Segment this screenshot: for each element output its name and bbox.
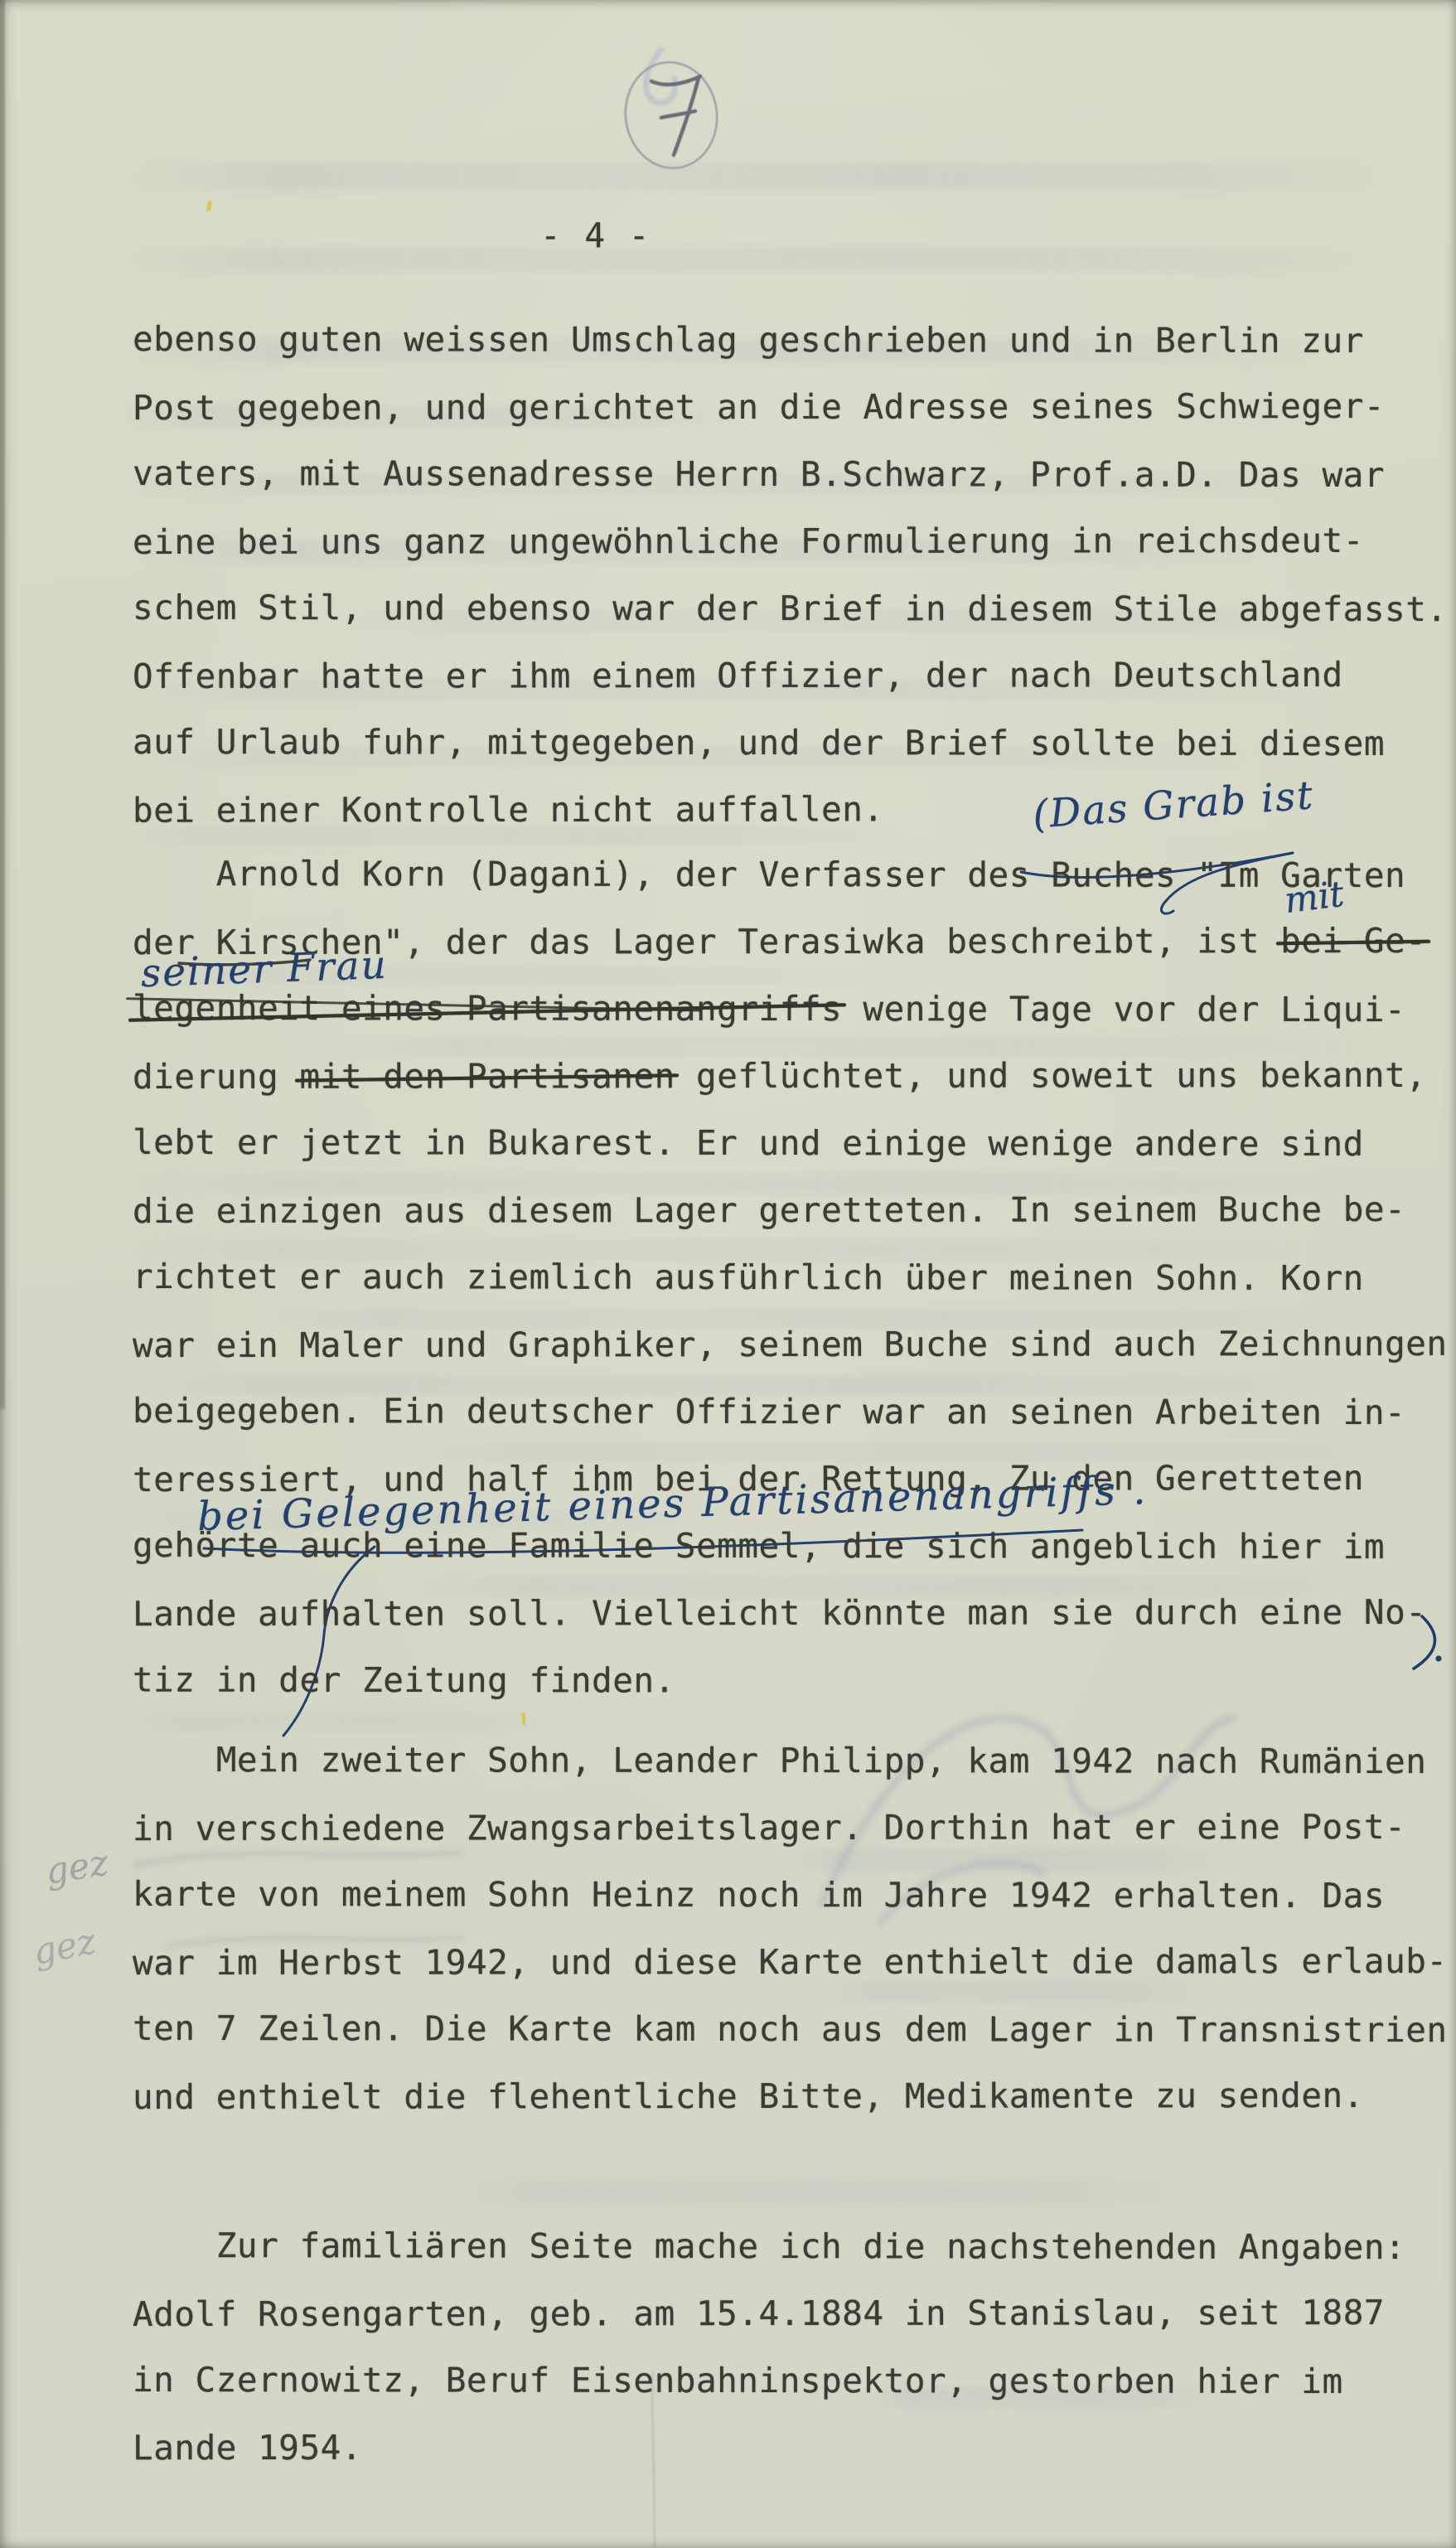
- bleed-through-smudge: [331, 1036, 1367, 1058]
- typed-text: war im Herbst 1942, und diese Karte enth…: [133, 1941, 1448, 1983]
- typed-text: Mein zweiter Sohn, Leander Philipp, kam …: [133, 1740, 1426, 1781]
- pencil-margin-note-gez: gez: [43, 1842, 112, 1892]
- typed-text: vaters, mit Aussenadresse Herrn B.Schwar…: [133, 453, 1385, 495]
- paper-fleck: [206, 201, 212, 212]
- typed-text: in verschiedene Zwangsarbeitslager. Dort…: [133, 1807, 1405, 1848]
- typed-line: war im Herbst 1942, und diese Karte enth…: [133, 1945, 1448, 1980]
- typed-line: Adolf Rosengarten, geb. am 15.4.1884 in …: [133, 2296, 1385, 2332]
- typed-text: Arnold Korn (Dagani), der Verfasser des …: [133, 854, 1405, 895]
- pencil-seven-glyph: [651, 76, 700, 155]
- ink-annotation-seiner-frau: seiner Frau: [140, 942, 389, 996]
- typed-text: dierung: [133, 1057, 300, 1097]
- typed-text: Zur familiären Seite mache ich die nachs…: [133, 2226, 1405, 2267]
- typed-line: dierung mit den Partisanen geflüchtet, u…: [133, 1058, 1427, 1094]
- struck-typed-text: mit den Partisanen: [299, 1056, 675, 1097]
- ink-annotation-mit: mit: [1282, 874, 1346, 922]
- typed-line: tiz in der Zeitung finden.: [133, 1664, 675, 1698]
- typed-line: bei einer Kontrolle nicht auffallen.: [133, 792, 884, 827]
- typed-text: bei einer Kontrolle nicht auffallen.: [133, 789, 884, 830]
- typed-line: lebt er jetzt in Bukarest. Er und einige…: [133, 1126, 1364, 1161]
- typed-line: schem Stil, und ebenso war der Brief in …: [133, 591, 1448, 627]
- typed-line: in Czernowitz, Beruf Eisenbahninspektor,…: [133, 2363, 1343, 2399]
- typed-line: Zur familiären Seite mache ich die nachs…: [133, 2229, 1405, 2265]
- typed-text: richtet er auch ziemlich ausführlich übe…: [133, 1257, 1364, 1298]
- typed-line: Mein zweiter Sohn, Leander Philipp, kam …: [133, 1743, 1426, 1779]
- typed-text: lebt er jetzt in Bukarest. Er und einige…: [133, 1122, 1364, 1164]
- typed-text: ebenso guten weissen Umschlag geschriebe…: [133, 319, 1364, 361]
- scan-edge-shadow: [0, 0, 5, 1409]
- typed-text: geflüchtet, und soweit uns bekannt,: [675, 1055, 1427, 1096]
- typed-text: Lande aufhalten soll. Vielleicht könnte …: [133, 1592, 1426, 1634]
- typed-text: in Czernowitz, Beruf Eisenbahninspektor,…: [133, 2360, 1343, 2401]
- typed-text: und enthielt die flehentliche Bitte, Med…: [133, 2076, 1364, 2117]
- struck-typed-text: bei Ge-: [1280, 921, 1426, 961]
- typed-text: ten 7 Zeilen. Die Karte kam noch aus dem…: [133, 2008, 1448, 2050]
- pencil-margin-note-gez: gez: [30, 1921, 99, 1974]
- bleed-through-smudge: [124, 247, 1367, 272]
- typed-line: karte von meinem Sohn Heinz noch im Jahr…: [133, 1877, 1385, 1913]
- typed-line: ebenso guten weissen Umschlag geschriebe…: [133, 322, 1364, 358]
- typed-text: Post gegeben, und gerichtet an die Adres…: [133, 386, 1385, 428]
- typed-text: tiz in der Zeitung finden.: [133, 1660, 675, 1701]
- typed-text: Adolf Rosengarten, geb. am 15.4.1884 in …: [133, 2293, 1385, 2334]
- struck-typed-text: legenheit eines Partisanenangriffs: [133, 988, 842, 1029]
- typed-line: richtet er auch ziemlich ausführlich übe…: [133, 1260, 1364, 1296]
- typed-text: war ein Maler und Graphiker, seinem Buch…: [133, 1324, 1448, 1365]
- typed-text: Lande 1954.: [133, 2428, 362, 2468]
- typed-line: und enthielt die flehentliche Bitte, Med…: [133, 2079, 1364, 2114]
- bleed-through-smudge: [456, 2180, 1202, 2203]
- typed-line: Lande aufhalten soll. Vielleicht könnte …: [133, 1596, 1426, 1631]
- typed-line: ten 7 Zeilen. Die Karte kam noch aus dem…: [133, 2012, 1448, 2047]
- pencil-circle: [619, 56, 724, 174]
- typed-line: vaters, mit Aussenadresse Herrn B.Schwar…: [133, 457, 1385, 492]
- typed-text: wenige Tage vor der Liqui-: [842, 989, 1405, 1029]
- typed-text: schem Stil, und ebenso war der Brief in …: [133, 588, 1448, 629]
- typed-line: Arnold Korn (Dagani), der Verfasser des …: [133, 857, 1405, 893]
- typed-line: eine bei uns ganz ungewöhnliche Formulie…: [133, 524, 1364, 559]
- typed-line: Lande 1954.: [133, 2431, 362, 2465]
- bleed-through-smudge: [829, 1981, 1202, 2003]
- bleed-mark: [646, 48, 675, 103]
- typed-line: auf Urlaub fuhr, mitgegeben, und der Bri…: [133, 725, 1385, 761]
- typed-line: Post gegeben, und gerichtet an die Adres…: [133, 390, 1385, 425]
- typed-text: die einzigen aus diesem Lager geretteten…: [133, 1189, 1405, 1231]
- bleed-through-smudge: [133, 1712, 547, 1732]
- typed-line: die einzigen aus diesem Lager geretteten…: [133, 1193, 1405, 1228]
- typed-line: beigegeben. Ein deutscher Offizier war a…: [133, 1394, 1405, 1430]
- scanned-document-page: - 4 - ebenso guten weissen Umschlag gesc…: [0, 0, 1456, 2548]
- bleed-through-smudge: [124, 162, 1384, 191]
- typed-page-number: - 4 -: [540, 216, 651, 255]
- bleed-through-smudge: [787, 1848, 1218, 1872]
- typed-text: eine bei uns ganz ungewöhnliche Formulie…: [133, 521, 1364, 562]
- typed-text: beigegeben. Ein deutscher Offizier war a…: [133, 1391, 1405, 1432]
- ink-annotation-das-grab-ist: (Das Grab ist: [1031, 773, 1315, 838]
- typed-line: legenheit eines Partisanenangriffs wenig…: [133, 991, 1405, 1027]
- typed-text: auf Urlaub fuhr, mitgegeben, und der Bri…: [133, 722, 1385, 763]
- typed-text: karte von meinem Sohn Heinz noch im Jahr…: [133, 1874, 1385, 1916]
- typed-line: war ein Maler und Graphiker, seinem Buch…: [133, 1327, 1448, 1363]
- typed-line: Offenbar hatte er ihm einem Offizier, de…: [133, 658, 1343, 694]
- typed-text: Offenbar hatte er ihm einem Offizier, de…: [133, 655, 1343, 696]
- typed-line: in verschiedene Zwangsarbeitslager. Dort…: [133, 1810, 1405, 1846]
